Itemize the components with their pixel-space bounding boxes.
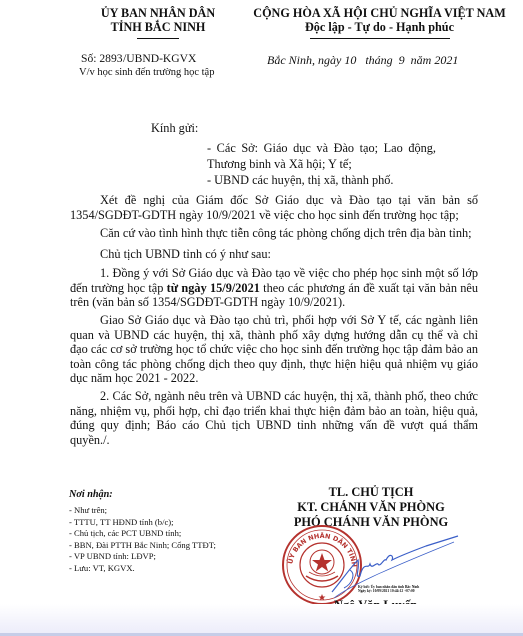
viewer-bottom-edge bbox=[0, 604, 523, 634]
signature-title-1: TL. CHỦ TỊCH bbox=[268, 485, 474, 500]
distribution-item: - Lưu: VT, KGVX. bbox=[69, 563, 216, 575]
paragraph-assignment: Giao Sở Giáo dục và Đào tạo chủ trì, phố… bbox=[70, 313, 478, 386]
document-number: Số: 2893/UBND-KGVX bbox=[81, 52, 196, 65]
digital-sign-time: Ngày ký: 10/09/2021 10:44:12 +07:00 bbox=[358, 589, 419, 593]
document-number-suffix: /UBND-KGVX bbox=[123, 52, 196, 65]
document-number-prefix: Số: 2893 bbox=[81, 52, 123, 65]
item-1-start-date: từ ngày 15/9/2021 bbox=[167, 281, 260, 295]
distribution-item: - TTTU, TT HĐND tỉnh (b/c); bbox=[69, 517, 216, 529]
digital-signature-info: Ký bởi: Ủy ban nhân dân tỉnh Bắc Ninh Ng… bbox=[358, 585, 419, 593]
distribution-item: - VP UBND tỉnh: LĐVP; bbox=[69, 551, 216, 563]
recipients-label: Kính gửi: bbox=[151, 121, 198, 136]
distribution-list: - Như trên; - TTTU, TT HĐND tỉnh (b/c); … bbox=[69, 505, 216, 575]
agency-header: ỦY BAN NHÂN DÂN TỈNH BẮC NINH bbox=[68, 6, 248, 39]
recipient-item: - Các Sở: Giáo dục và Đào tạo; Lao động,… bbox=[207, 140, 436, 172]
document-page: ỦY BAN NHÂN DÂN TỈNH BẮC NINH CỘNG HÒA X… bbox=[0, 0, 523, 636]
national-motto: Độc lập - Tự do - Hạnh phúc bbox=[236, 20, 523, 34]
national-title: CỘNG HÒA XÃ HỘI CHỦ NGHĨA VIỆT NAM bbox=[236, 6, 523, 20]
recipients-list: - Các Sở: Giáo dục và Đào tạo; Lao động,… bbox=[207, 140, 436, 188]
distribution-title: Nơi nhận: bbox=[69, 489, 113, 500]
paragraph-chairman-opinion: Chủ tịch UBND tỉnh có ý như sau: bbox=[70, 247, 478, 262]
agency-underline bbox=[137, 38, 179, 39]
agency-name-line2: TỈNH BẮC NINH bbox=[68, 20, 248, 34]
document-subject: V/v học sinh đến trường học tập bbox=[79, 67, 214, 78]
agency-name-line1: ỦY BAN NHÂN DÂN bbox=[68, 6, 248, 20]
paragraph-item-1: 1. Đồng ý với Sở Giáo dục và Đào tạo về … bbox=[70, 266, 478, 310]
distribution-item: - BBN, Đài PTTH Bắc Ninh; Cổng TTĐT; bbox=[69, 540, 216, 552]
national-header: CỘNG HÒA XÃ HỘI CHỦ NGHĨA VIỆT NAM Độc l… bbox=[236, 6, 523, 39]
motto-underline bbox=[310, 38, 450, 39]
distribution-item: - Như trên; bbox=[69, 505, 216, 517]
recipient-item: - UBND các huyện, thị xã, thành phố. bbox=[207, 172, 436, 188]
distribution-item: - Chủ tịch, các PCT UBND tỉnh; bbox=[69, 528, 216, 540]
signature-title-2: KT. CHÁNH VĂN PHÒNG bbox=[268, 500, 474, 515]
paragraph-item-2: 2. Các Sở, ngành nêu trên và UBND các hu… bbox=[70, 389, 478, 447]
paragraph-proposal: Xét đề nghị của Giám đốc Sở Giáo dục và … bbox=[70, 193, 478, 222]
paragraph-basis: Căn cứ vào tình hình thực tiễn công tác … bbox=[70, 226, 478, 241]
document-date: Bắc Ninh, ngày 10 tháng 9 năm 2021 bbox=[267, 53, 458, 68]
